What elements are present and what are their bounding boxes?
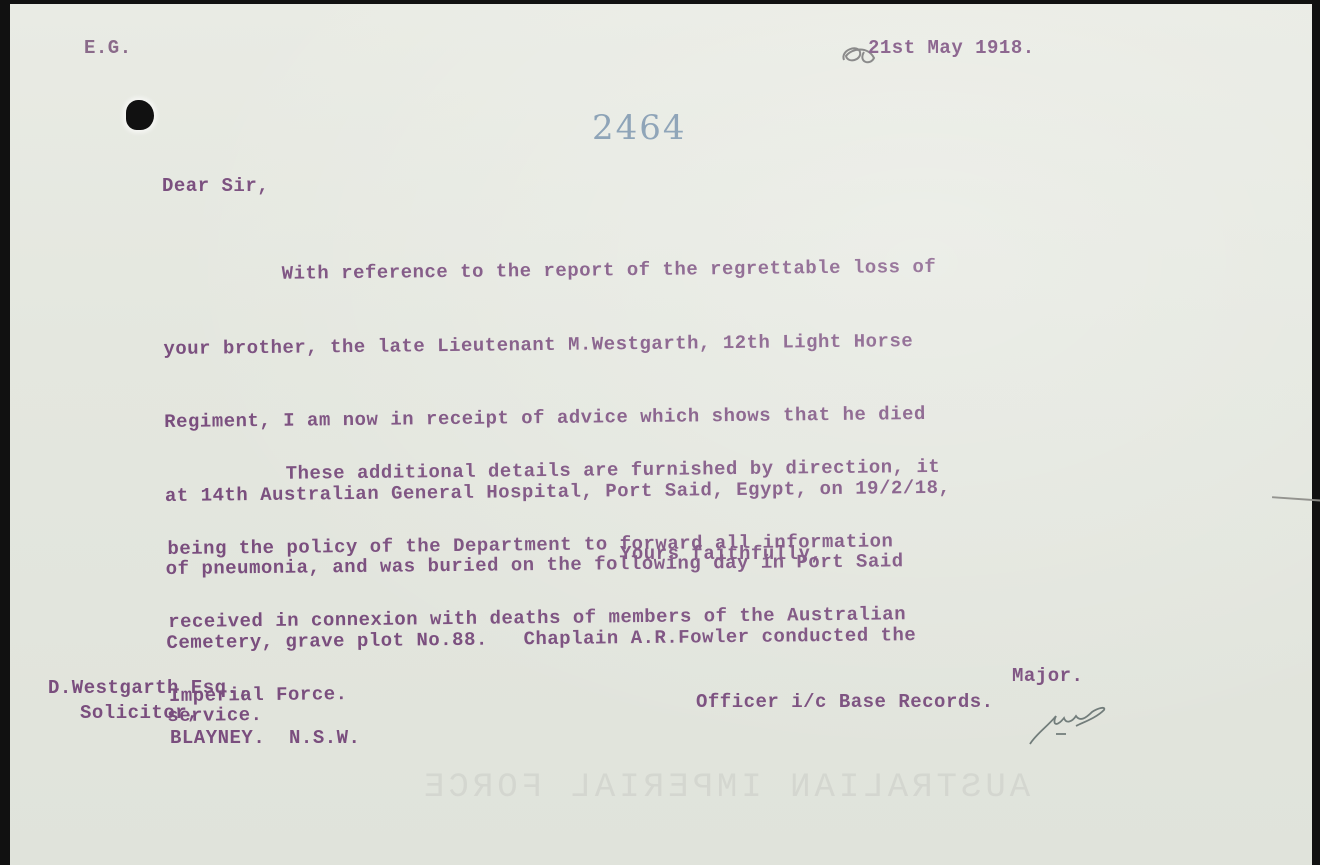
- addressee-name: D.Westgarth Esq.,: [48, 676, 250, 701]
- paragraph-line: received in connexion with deaths of mem…: [168, 602, 942, 635]
- letter-date: 21st May 1918.: [868, 36, 1035, 61]
- signatory-title: Officer i/c Base Records.: [696, 690, 994, 715]
- bleed-through-text: AUSTRALIAN IMPERIAL FORCE: [420, 769, 1030, 807]
- paragraph-line: being the policy of the Department to fo…: [167, 528, 941, 561]
- pencil-mark: [1272, 496, 1320, 502]
- addressee-location: BLAYNEY. N.S.W.: [170, 726, 360, 751]
- paragraph-line: These additional details are furnished b…: [167, 455, 941, 488]
- signature-icon: [1026, 704, 1110, 748]
- paragraph-line: With reference to the report of the regr…: [163, 255, 949, 288]
- punch-hole: [126, 100, 154, 130]
- salutation: Dear Sir,: [162, 174, 269, 199]
- signatory-rank: Major.: [1012, 664, 1083, 689]
- paragraph-line: your brother, the late Lieutenant M.West…: [163, 328, 949, 361]
- file-mark: E.G.: [84, 36, 132, 61]
- letter-page: AUSTRALIAN IMPERIAL FORCE E.G. 21st May …: [10, 4, 1312, 865]
- addressee-occupation: Solicitor,: [80, 701, 199, 726]
- reference-number-stamp: 2464: [592, 108, 687, 148]
- closing: Yours faithfully,: [620, 542, 822, 567]
